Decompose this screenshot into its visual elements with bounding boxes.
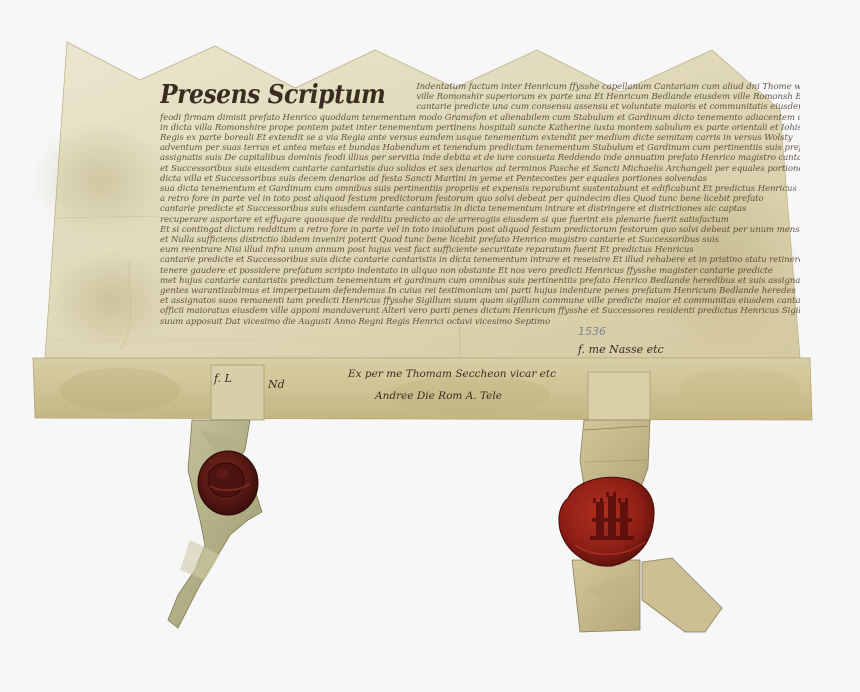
text-line: eum reentrare Nisi illud infra unum annu… <box>160 245 800 255</box>
text-line: suum apposuit Dat vicesimo die Augusti A… <box>160 317 800 327</box>
text-line: gentes warantizabimus et imperpetuum def… <box>160 286 800 296</box>
text-line: Et si contingat dictum redditum a retro … <box>160 225 800 235</box>
pencil-date: 1536 <box>578 325 606 338</box>
signature: f. me Nasse etc <box>578 343 664 356</box>
text-line: a retro fore in parte vel in toto post a… <box>160 194 800 204</box>
right-wax-seal <box>559 477 654 566</box>
text-line: Indentatum factum inter Henricum ffysshe… <box>160 82 800 92</box>
manuscript-text: Presens Scriptum Indentatum factum inter… <box>160 82 800 347</box>
left-wax-seal <box>198 451 258 515</box>
tag-mark: f. L <box>214 372 232 385</box>
text-line: feodi firmam dimisit prefato Henrico quo… <box>160 113 800 123</box>
left-seal-tag <box>168 420 262 628</box>
right-tag-loop <box>588 372 650 422</box>
mark-beside-tag: Nd <box>268 378 285 391</box>
text-line: assignatis suis De capitalibus dominis f… <box>160 153 800 163</box>
text-line: cantarie predicte et Successoribus suis … <box>160 255 800 265</box>
text-line: cantarie predicte et Successoribus suis … <box>160 204 800 214</box>
text-line: tenere gaudere et possidere prefatum scr… <box>160 266 800 276</box>
text-line: sua dicta tenementum et Gardinum cum omn… <box>160 184 800 194</box>
fold-endorsement-2: Andree Die Rom A. Tele <box>375 390 502 402</box>
text-line: et Successoribus suis eiusdem cantarie c… <box>160 164 800 174</box>
text-line: met hujus cantarie cantaristis predictum… <box>160 276 800 286</box>
photograph: Presens Scriptum Indentatum factum inter… <box>0 0 860 692</box>
text-line: in dicta villa Romonshire prope pontem p… <box>160 123 800 133</box>
text-line: et assignatos suos remanenti tam predict… <box>160 296 800 306</box>
fold-endorsement-1: Ex per me Thomam Seccheon vicar etc <box>348 368 556 380</box>
text-line: dicta villa et Successoribus suis decem … <box>160 174 800 184</box>
text-line: ville Romonshir superiorum ex parte una … <box>160 92 800 102</box>
text-line: cantarie predicte una cum consensu assen… <box>160 102 800 112</box>
text-line: officii maioratus eiusdem ville apponi m… <box>160 306 800 316</box>
text-line: et Nulla sufficiens districtio ibidem in… <box>160 235 800 245</box>
text-line: recuperare asportare et effugare quousqu… <box>160 215 800 225</box>
text-line: adventum per suas terras et antea metas … <box>160 143 800 153</box>
text-line: Regis ex parte boreali Et extendit se a … <box>160 133 800 143</box>
